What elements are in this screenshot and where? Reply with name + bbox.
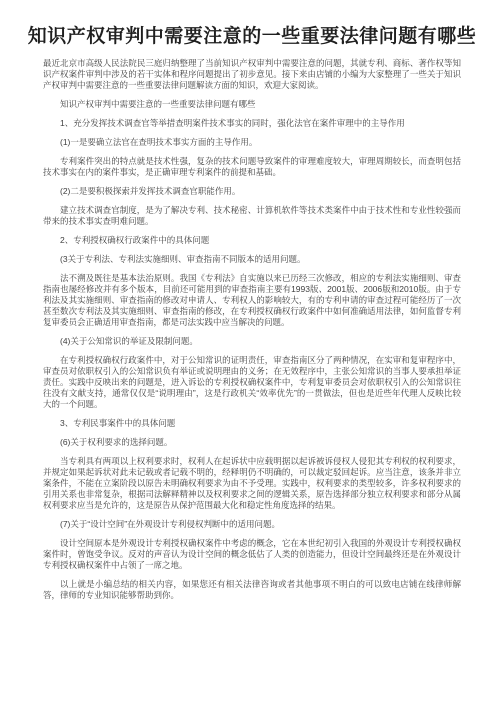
- article-paragraph: (6)关于权利要求的选择问题。: [43, 437, 461, 448]
- article-paragraph: 法不溯及既往是基本法治原则。我国《专利法》自实施以来已历经三次修改，相应的专利法…: [43, 273, 461, 328]
- article-paragraph: (4)关于公知常识的举证及限制问题。: [43, 336, 461, 347]
- article-paragraph: 知识产权审判中需要注意的一些重要法律问题有哪些: [43, 99, 461, 110]
- article-paragraph: 最近北京市高级人民法院民三庭归纳整理了当前知识产权审判中需要注意的问题，其就专利…: [43, 58, 461, 91]
- article-paragraph: (2)二是要积极探索并发挥技术调查官职能作用。: [43, 186, 461, 197]
- article-title: 知识产权审判中需要注意的一些重要法律问题有哪些: [22, 26, 482, 48]
- article-paragraph: (3关于专利法、专利法实施细则、审查指南不同版本的适用问题。: [43, 254, 461, 265]
- article-paragraph: (7)关于“设计空间”在外观设计专利侵权判断中的适用问题。: [43, 519, 461, 530]
- article-paragraph: 2、专利授权确权行政案件中的具体问题: [43, 235, 461, 246]
- article-page: 知识产权审判中需要注意的一些重要法律问题有哪些 最近北京市高级人民法院民三庭归纳…: [0, 0, 504, 713]
- article-paragraph: 3、专利民事案件中的具体问题: [43, 418, 461, 429]
- article-paragraph: 以上就是小编总结的相关内容，如果您还有相关法律咨询或者其他事项不明白的可以致电店…: [43, 579, 461, 601]
- article-paragraph: 建立技术调查官制度，是为了解决专利、技术秘密、计算机软件等技术类案件中由于技术性…: [43, 205, 461, 227]
- article-paragraph: 在专利授权确权行政案件中，对于公知常识的证明责任，审查指南区分了两种情况，在实审…: [43, 355, 461, 410]
- article-paragraph: 1、充分发挥技术调查官等举措查明案件技术事实的同时，强化法官在案件审理中的主导作…: [43, 118, 461, 129]
- article-paragraph: 设计空间原本是外观设计专利授权确权案件中考虑的概念，它在本世纪初引入我国的外观设…: [43, 538, 461, 571]
- article-body: 最近北京市高级人民法院民三庭归纳整理了当前知识产权审判中需要注意的问题，其就专利…: [43, 58, 461, 601]
- article-paragraph: 当专利具有两项以上权利要求时，权利人在起诉状中应载明据以起诉被诉侵权人侵犯其专利…: [43, 456, 461, 511]
- article-paragraph: (1)一是要确立法官在查明技术事实方面的主导作用。: [43, 137, 461, 148]
- article-paragraph: 专利案件突出的特点就是技术性强，复杂的技术问题导致案件的审理难度较大，审理周期较…: [43, 156, 461, 178]
